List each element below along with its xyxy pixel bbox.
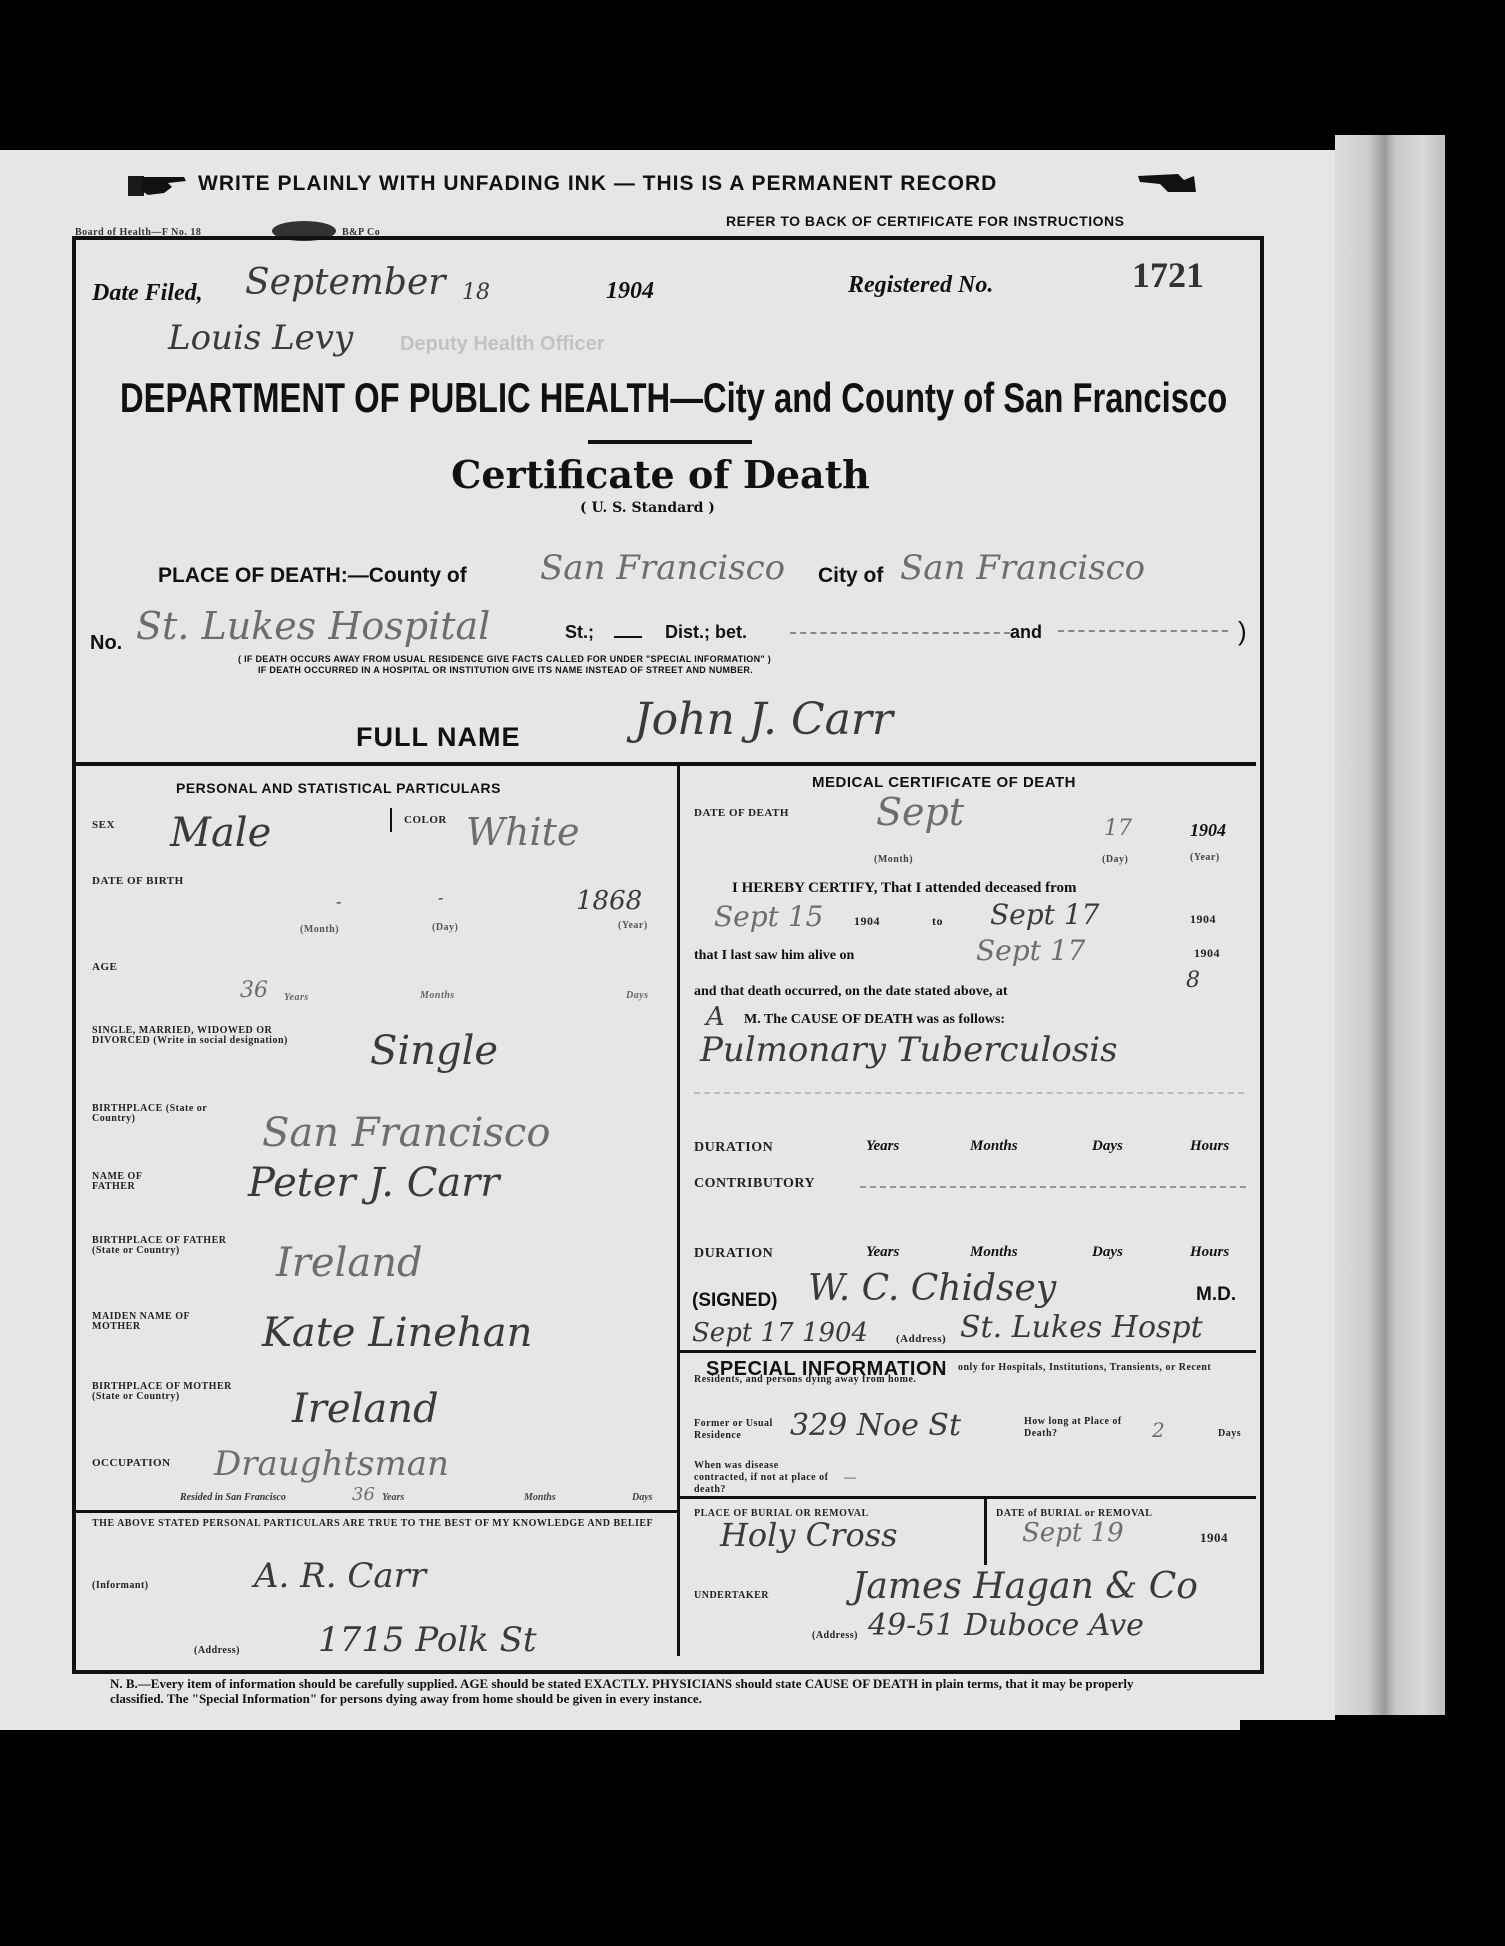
full-name-value: John J. Carr [634, 694, 893, 745]
color-label: COLOR [404, 815, 447, 826]
footer-note: N. B.—Every item of information should b… [110, 1676, 1170, 1706]
duration-months-2: Months [970, 1244, 1018, 1261]
resided-label: Resided in San Francisco [180, 1492, 286, 1503]
color-value: White [466, 810, 579, 854]
mother-birthplace-value: Ireland [292, 1386, 439, 1432]
age-days-caption: Days [626, 990, 649, 1001]
certificate-title: Certificate of Death [0, 452, 1335, 497]
dob-day-caption: (Day) [432, 922, 458, 933]
burial-divider [680, 1496, 1256, 1499]
attest-divider [76, 1510, 677, 1513]
district-label: Dist.; bet. [665, 622, 747, 643]
attended-from: Sept 15 [714, 900, 823, 933]
undertaker-address-label: (Address) [812, 1630, 858, 1641]
death-day-caption: (Day) [1102, 854, 1128, 865]
city-value: San Francisco [900, 548, 1145, 588]
last-saw-text: that I last saw him alive on [694, 948, 854, 964]
place-note-1: ( IF DEATH OCCURS AWAY FROM USUAL RESIDE… [238, 654, 771, 664]
contracted-value: — [844, 1470, 856, 1484]
certify-text: I HEREBY CERTIFY, That I attended deceas… [732, 880, 1077, 897]
age-months-caption: Months [420, 990, 455, 1001]
death-time: 8 [1186, 968, 1200, 993]
medical-heading: MEDICAL CERTIFICATE OF DEATH [812, 774, 1076, 791]
certificate-title-text: Certificate of Death [451, 452, 870, 497]
death-day: 17 [1104, 816, 1132, 841]
burial-date-value: Sept 19 [1022, 1518, 1124, 1548]
residence-value: 329 Noe St [790, 1408, 961, 1443]
death-month-caption: (Month) [874, 854, 913, 865]
to-label: to [932, 916, 943, 927]
registered-number: 1721 [1132, 254, 1204, 296]
residence-label: Former or Usual Residence [694, 1418, 774, 1442]
column-divider [677, 766, 680, 1656]
how-long-value: 2 [1152, 1418, 1165, 1442]
informant-label: (Informant) [92, 1580, 149, 1591]
place-note-2: IF DEATH OCCURRED IN A HOSPITAL OR INSTI… [258, 665, 753, 675]
informant-address-label: (Address) [194, 1645, 240, 1656]
address-no-label: No. [90, 632, 122, 655]
and-label: and [1010, 622, 1042, 643]
how-long-label: How long at Place of Death? [1024, 1416, 1124, 1440]
sex-label: SEX [92, 820, 115, 831]
father-value: Peter J. Carr [248, 1160, 499, 1206]
attended-to: Sept 17 [990, 898, 1099, 931]
age-years: 36 [240, 978, 268, 1003]
dob-month-caption: (Month) [300, 924, 339, 935]
county-value: San Francisco [540, 548, 785, 588]
date-filed-label: Date Filed, [92, 280, 203, 307]
sex-value: Male [170, 810, 271, 856]
duration-years-1: Years [866, 1138, 899, 1155]
attended-from-year: 1904 [854, 916, 880, 927]
dob-month: - [336, 892, 341, 911]
color-separator [390, 808, 392, 832]
date-filed-month: September [245, 262, 445, 303]
place-of-death-label: PLACE OF DEATH:—County of [158, 564, 467, 588]
burial-column-divider [984, 1499, 987, 1565]
officer-title: Deputy Health Officer [400, 333, 604, 356]
street-blank [614, 636, 642, 638]
scan-shadow [1240, 1720, 1505, 1760]
duration-hours-2: Hours [1190, 1244, 1229, 1261]
death-month: Sept [876, 790, 964, 834]
occupation-label: OCCUPATION [92, 1458, 171, 1469]
age-label: AGE [92, 962, 117, 973]
death-year-caption: (Year) [1190, 852, 1220, 863]
mother-label: MAIDEN NAME OF MOTHER [92, 1312, 222, 1332]
date-of-death-label: DATE OF DEATH [694, 808, 789, 819]
mother-value: Kate Linehan [262, 1310, 532, 1356]
contributory-label: CONTRIBUTORY [694, 1178, 815, 1189]
certificate-subtitle: ( U. S. Standard ) [580, 500, 715, 516]
contracted-label: When was disease contracted, if not at p… [694, 1460, 834, 1496]
special-note: only for Hospitals, Institutions, Transi… [694, 1362, 1246, 1386]
signed-date: Sept 17 1904 [692, 1318, 868, 1348]
pointing-hand-icon-left [128, 173, 198, 199]
father-birthplace-label: BIRTHPLACE OF FATHER (State or Country) [92, 1236, 232, 1256]
street-label: St.; [565, 622, 594, 643]
duration-days-1: Days [1092, 1138, 1123, 1155]
attended-to-year: 1904 [1190, 914, 1216, 925]
death-year: 1904 [1190, 820, 1226, 841]
and-blank [1058, 630, 1228, 632]
resided-days-caption: Days [632, 1492, 653, 1503]
father-label: NAME OF FATHER [92, 1172, 182, 1192]
resided-months-caption: Months [524, 1492, 556, 1503]
contributory-blank [860, 1186, 1246, 1188]
death-time-text: and that death occurred, on the date sta… [694, 984, 1008, 1000]
dob-year: 1868 [576, 886, 642, 916]
resided-years-caption: Years [382, 1492, 404, 1503]
duration-months-1: Months [970, 1138, 1018, 1155]
death-meridiem: A [706, 1002, 725, 1032]
marital-value: Single [370, 1028, 498, 1074]
birthplace-label: BIRTHPLACE (State or Country) [92, 1104, 232, 1124]
cause-text: M. The CAUSE OF DEATH was as follows: [744, 1012, 1005, 1028]
last-saw-year: 1904 [1194, 948, 1220, 959]
attest-text: THE ABOVE STATED PERSONAL PARTICULARS AR… [92, 1518, 662, 1529]
date-filed-day: 18 [462, 280, 490, 305]
duration-days-2: Days [1092, 1244, 1123, 1261]
age-years-caption: Years [284, 992, 309, 1003]
informant-value: A. R. Carr [254, 1556, 426, 1596]
title-divider [588, 440, 752, 444]
duration-hours-1: Hours [1190, 1138, 1229, 1155]
close-paren: ) [1238, 616, 1247, 647]
father-birthplace-value: Ireland [276, 1240, 423, 1286]
dob-day: - [438, 888, 443, 907]
mother-birthplace-label: BIRTHPLACE OF MOTHER (State or Country) [92, 1382, 232, 1402]
last-saw-date: Sept 17 [976, 934, 1085, 967]
place-address: St. Lukes Hospital [136, 604, 490, 648]
page-edge [1335, 135, 1445, 1715]
district-blank [790, 632, 1010, 634]
birthplace-value: San Francisco [262, 1110, 550, 1156]
cause-value: Pulmonary Tuberculosis [700, 1030, 1118, 1070]
department-heading: DEPARTMENT OF PUBLIC HEALTH—City and Cou… [120, 374, 1227, 422]
dob-year-caption: (Year) [618, 920, 648, 931]
marital-label: SINGLE, MARRIED, WIDOWED OR DIVORCED (Wr… [92, 1026, 332, 1046]
md-label: M.D. [1196, 1284, 1236, 1306]
date-filed-year: 1904 [606, 278, 654, 305]
resided-years: 36 [352, 1484, 375, 1505]
physician-address-label: (Address) [896, 1334, 946, 1345]
duration-label-2: DURATION [694, 1248, 773, 1259]
occupation-value: Draughtsman [214, 1444, 449, 1484]
duration-label-1: DURATION [694, 1142, 773, 1153]
dob-label: DATE OF BIRTH [92, 876, 184, 887]
full-name-label: FULL NAME [356, 722, 521, 753]
top-banner: WRITE PLAINLY WITH UNFADING INK — THIS I… [198, 172, 997, 196]
pointing-hand-icon-right [1138, 170, 1210, 196]
burial-place-value: Holy Cross [720, 1516, 898, 1554]
undertaker-value: James Hagan & Co [852, 1566, 1198, 1607]
personal-heading: PERSONAL AND STATISTICAL PARTICULARS [176, 780, 501, 796]
informant-address: 1715 Polk St [318, 1620, 537, 1660]
officer-signature: Louis Levy [168, 318, 353, 358]
name-divider [76, 762, 1256, 766]
cause-blank [694, 1092, 1244, 1094]
how-long-days: Days [1218, 1428, 1241, 1439]
undertaker-address: 49-51 Duboce Ave [868, 1608, 1144, 1643]
physician-signature: W. C. Chidsey [808, 1268, 1056, 1309]
burial-year-value: 1904 [1200, 1532, 1228, 1543]
undertaker-label: UNDERTAKER [694, 1590, 769, 1601]
signed-label: (SIGNED) [692, 1290, 778, 1312]
physician-address: St. Lukes Hospt [960, 1310, 1203, 1345]
city-label: City of [818, 564, 883, 588]
special-divider [680, 1350, 1256, 1353]
refer-note: REFER TO BACK OF CERTIFICATE FOR INSTRUC… [726, 213, 1124, 229]
registered-label: Registered No. [848, 272, 993, 299]
duration-years-2: Years [866, 1244, 899, 1261]
